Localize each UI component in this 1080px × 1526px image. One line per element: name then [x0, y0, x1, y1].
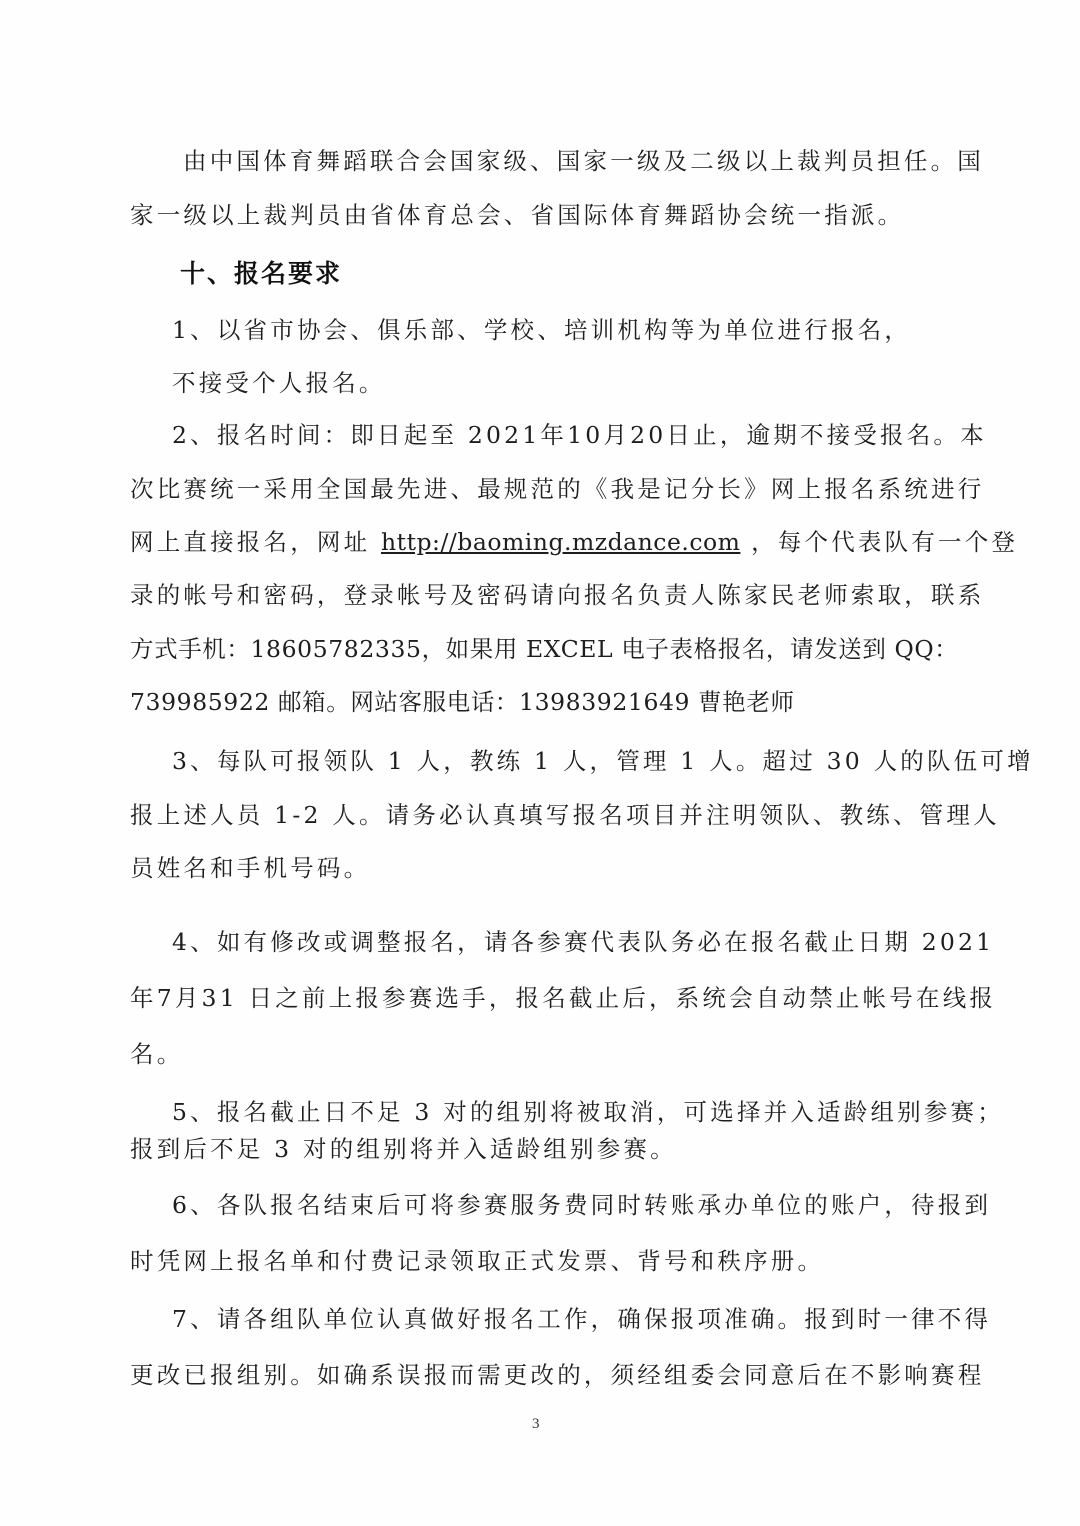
registration-url-link[interactable]: http://baoming.mzdance.com — [381, 528, 740, 556]
item-6-line-2: 时凭网上报名单和付费记录领取正式发票、背号和秩序册。 — [130, 1246, 824, 1276]
item-2-line-3-prefix: 网上直接报名，网址 — [130, 528, 381, 556]
item-2-line-5: 方式手机：18605782335，如果用 EXCEL 电子表格报名，请发送到 Q… — [130, 634, 958, 664]
item-3-line-3: 员姓名和手机号码。 — [130, 853, 370, 883]
item-3-line-1: 3、每队可报领队 1 人，教练 1 人，管理 1 人。超过 30 人的队伍可增 — [172, 746, 1034, 776]
item-6-line-1: 6、各队报名结束后可将参赛服务费同时转账承办单位的账户，待报到 — [172, 1190, 991, 1220]
item-2-line-4: 录的帐号和密码，登录帐号及密码请向报名负责人陈家民老师索取，联系 — [130, 580, 984, 610]
item-4-line-1: 4、如有修改或调整报名，请各参赛代表队务必在报名截止日期 2021 — [172, 927, 994, 957]
section-heading: 十、报名要求 — [180, 259, 342, 289]
item-7-line-1: 7、请各组队单位认真做好报名工作，确保报项准确。报到时一律不得 — [172, 1304, 991, 1334]
item-2-line-2: 次比赛统一采用全国最先进、最规范的《我是记分长》网上报名系统进行 — [130, 474, 984, 504]
item-5-line-1: 5、报名截止日不足 3 对的组别将被取消，可选择并入适龄组别参赛； — [172, 1097, 1004, 1127]
item-7-line-2: 更改已报组别。如确系误报而需更改的，须经组委会同意后在不影响赛程 — [130, 1360, 984, 1390]
page-number: 3 — [532, 1416, 540, 1433]
item-1-line-2: 不接受个人报名。 — [172, 368, 386, 398]
intro-line-1: 由中国体育舞蹈联合会国家级、国家一级及二级以上裁判员担任。国 — [183, 146, 984, 176]
item-5-line-2: 报到后不足 3 对的组别将并入适龄组别参赛。 — [130, 1134, 677, 1164]
item-4-line-2: 年7月31 日之前上报参赛选手，报名截止后，系统会自动禁止帐号在线报 — [130, 983, 996, 1013]
item-4-line-3: 名。 — [130, 1039, 183, 1069]
intro-line-2: 家一级以上裁判员由省体育总会、省国际体育舞蹈协会统一指派。 — [130, 200, 904, 230]
item-3-line-2: 报上述人员 1-2 人。请务必认真填写报名项目并注明领队、教练、管理人 — [130, 800, 1000, 830]
item-2-line-1: 2、报名时间：即日起至 2021年10月20日止，逾期不接受报名。本 — [172, 420, 987, 450]
item-2-line-3: 网上直接报名，网址 http://baoming.mzdance.com ，每个… — [130, 527, 1018, 557]
item-1-line-1: 1、以省市协会、俱乐部、学校、培训机构等为单位进行报名， — [172, 315, 911, 345]
item-2-line-6: 739985922 邮箱。网站客服电话：13983921649 曹艳老师 — [130, 687, 795, 717]
item-2-line-3-suffix: ，每个代表队有一个登 — [740, 528, 1018, 556]
document-page: 由中国体育舞蹈联合会国家级、国家一级及二级以上裁判员担任。国 家一级以上裁判员由… — [0, 0, 1080, 1526]
